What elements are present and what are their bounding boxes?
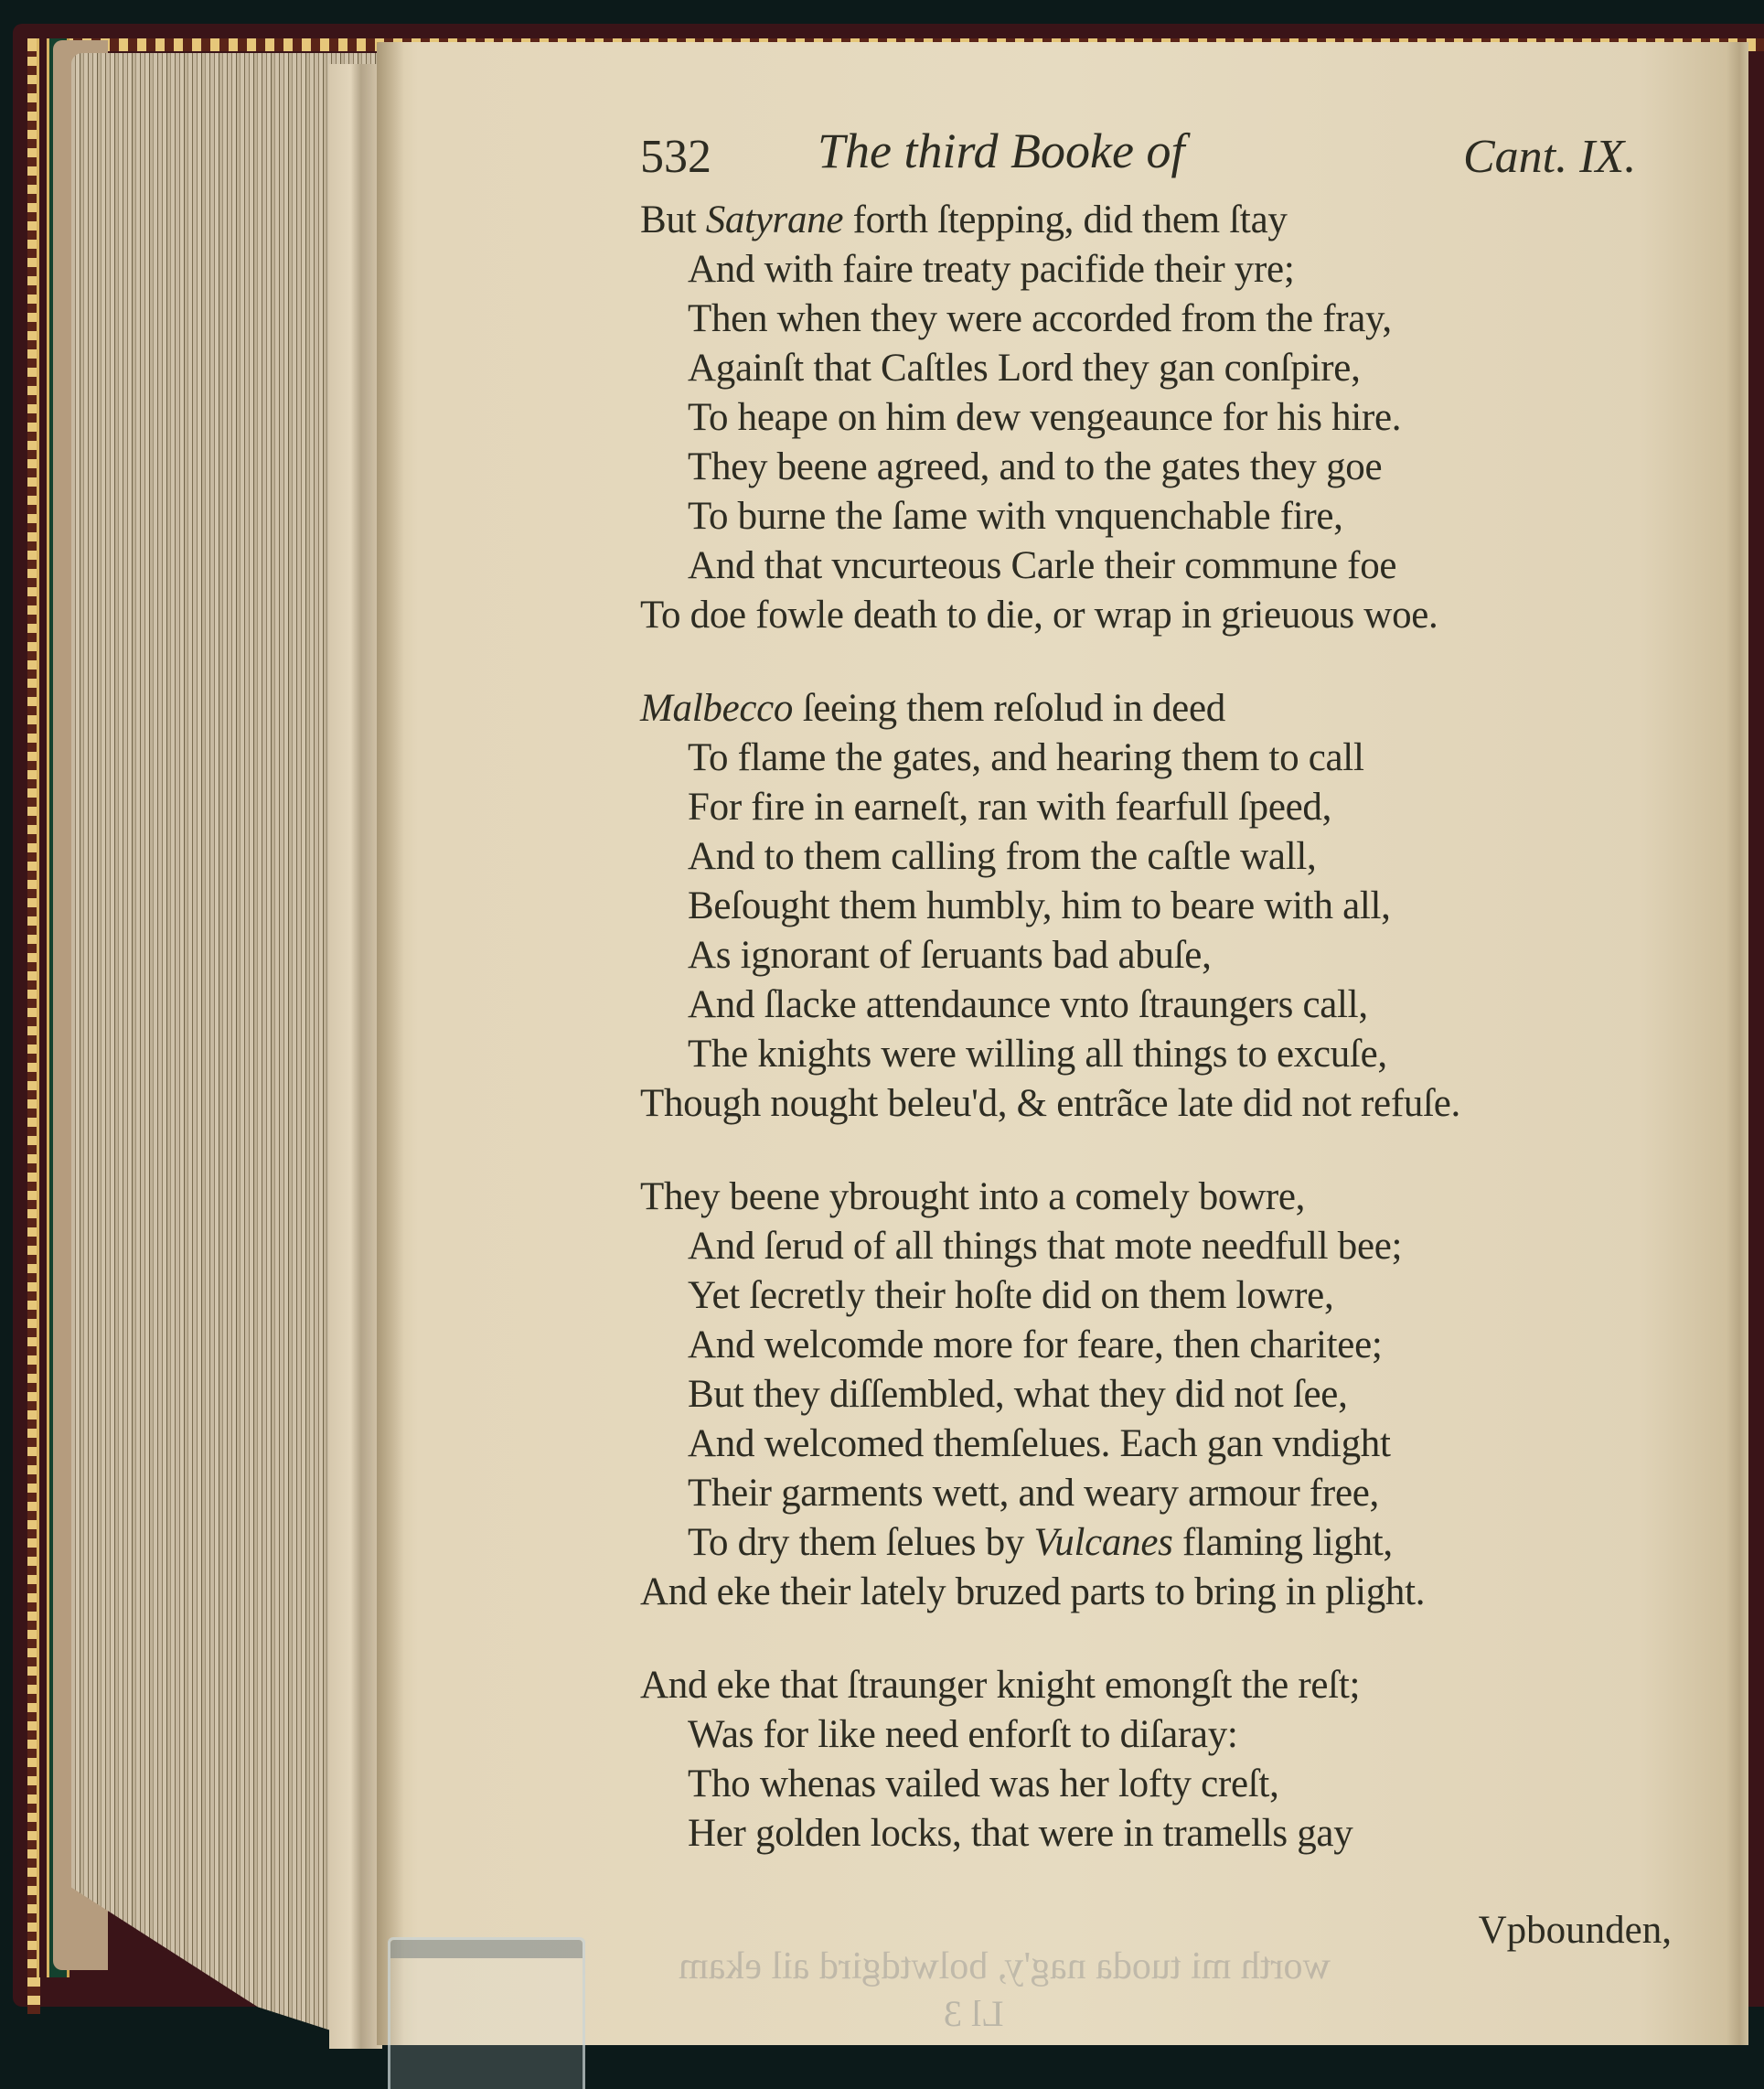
verse-line: To dry them ſelues by Vulcanes flaming l…	[640, 1518, 1701, 1568]
proper-name: Satyrane	[706, 198, 843, 241]
verse-line: And ſerud of all things that mote needfu…	[640, 1222, 1701, 1271]
verse-line: For fire in earneſt, ran with fearfull ſ…	[640, 783, 1701, 832]
verse-line: And welcomed themſelues. Each gan vndigh…	[640, 1419, 1701, 1469]
verse-line: Tho whenas vailed was her lofty creſt,	[640, 1760, 1701, 1809]
verse-line: Yet ſecretly their hoſte did on them low…	[640, 1271, 1701, 1321]
text-block: 532 The third Booke of Cant. IX. But Sat…	[640, 113, 1701, 1902]
verse-line: But they diſſembled, what they did not ſ…	[640, 1370, 1701, 1419]
signature-mark-showthrough: Ll 3	[944, 1992, 1004, 2035]
proper-name: Vulcanes	[1034, 1521, 1173, 1564]
verse-line-alexandrine: Though nought beleu'd, & entrãce late di…	[640, 1079, 1701, 1129]
running-title: The third Booke of	[818, 123, 1184, 179]
verse-line-alexandrine: And eke their lately bruzed parts to bri…	[640, 1568, 1701, 1617]
verse-line: Was for like need enforſt to diſaray:	[640, 1710, 1701, 1760]
book-page: 532 The third Booke of Cant. IX. But Sat…	[377, 42, 1748, 2045]
stanza-1: But Satyrane forth ſtepping, did them ſt…	[640, 196, 1701, 640]
stanza-4: And eke that ſtraunger knight emongſt th…	[640, 1661, 1701, 1859]
verse-line: Againſt that Caſtles Lord they gan conſp…	[640, 344, 1701, 393]
verse-line: As ignorant of ſeruants bad abuſe,	[640, 931, 1701, 980]
verse-line: Their garments wett, and weary armour fr…	[640, 1469, 1701, 1518]
verse-line-alexandrine: To doe fowle death to die, or wrap in gr…	[640, 591, 1701, 640]
catchword: Vpbounden,	[1479, 1908, 1672, 1953]
stanza-2: Malbecco ſeeing them reſolud in deed To …	[640, 684, 1701, 1129]
show-through-text: worth mi tuoda nag'y, bolwtdgird ail eka…	[679, 1944, 1331, 1988]
verse-line: And ſlacke attendaunce vnto ſtraungers c…	[640, 980, 1701, 1030]
verse-line: But Satyrane forth ſtepping, did them ſt…	[640, 196, 1701, 245]
verse-line: And that vncurteous Carle their commune …	[640, 541, 1701, 591]
verse-line: They beene ybrought into a comely bowre,	[640, 1173, 1701, 1222]
verse-line: Her golden locks, that were in tramells …	[640, 1809, 1701, 1859]
verse-line: And welcomde more for feare, then charit…	[640, 1321, 1701, 1370]
page-header: 532 The third Booke of Cant. IX.	[640, 113, 1701, 196]
page-number: 532	[640, 130, 711, 184]
page-block-inner-edge	[329, 64, 382, 2049]
verse-line: And with faire treaty pacifide their yre…	[640, 245, 1701, 295]
page-holder-clip	[388, 1937, 585, 2089]
verse-line: They beene agreed, and to the gates they…	[640, 443, 1701, 492]
verse-line: And to them calling from the caſtle wall…	[640, 832, 1701, 882]
page-right-curl	[1727, 42, 1748, 2045]
verse-line: Then when they were accorded from the fr…	[640, 295, 1701, 344]
verse-line: Beſought them humbly, him to beare with …	[640, 882, 1701, 931]
canto-number: Cant. IX.	[1463, 130, 1636, 184]
proper-name: Malbecco	[640, 687, 793, 730]
verse-line: To burne the ſame with vnquenchable fire…	[640, 492, 1701, 541]
stanza-3: They beene ybrought into a comely bowre,…	[640, 1173, 1701, 1617]
verse-line: Malbecco ſeeing them reſolud in deed	[640, 684, 1701, 734]
verse-line: The knights were willing all things to e…	[640, 1030, 1701, 1079]
verse-line: To flame the gates, and hearing them to …	[640, 734, 1701, 783]
verse-line: To heape on him dew vengeaunce for his h…	[640, 393, 1701, 443]
gutter-shadow	[377, 42, 404, 2045]
verse-line: And eke that ſtraunger knight emongſt th…	[640, 1661, 1701, 1710]
